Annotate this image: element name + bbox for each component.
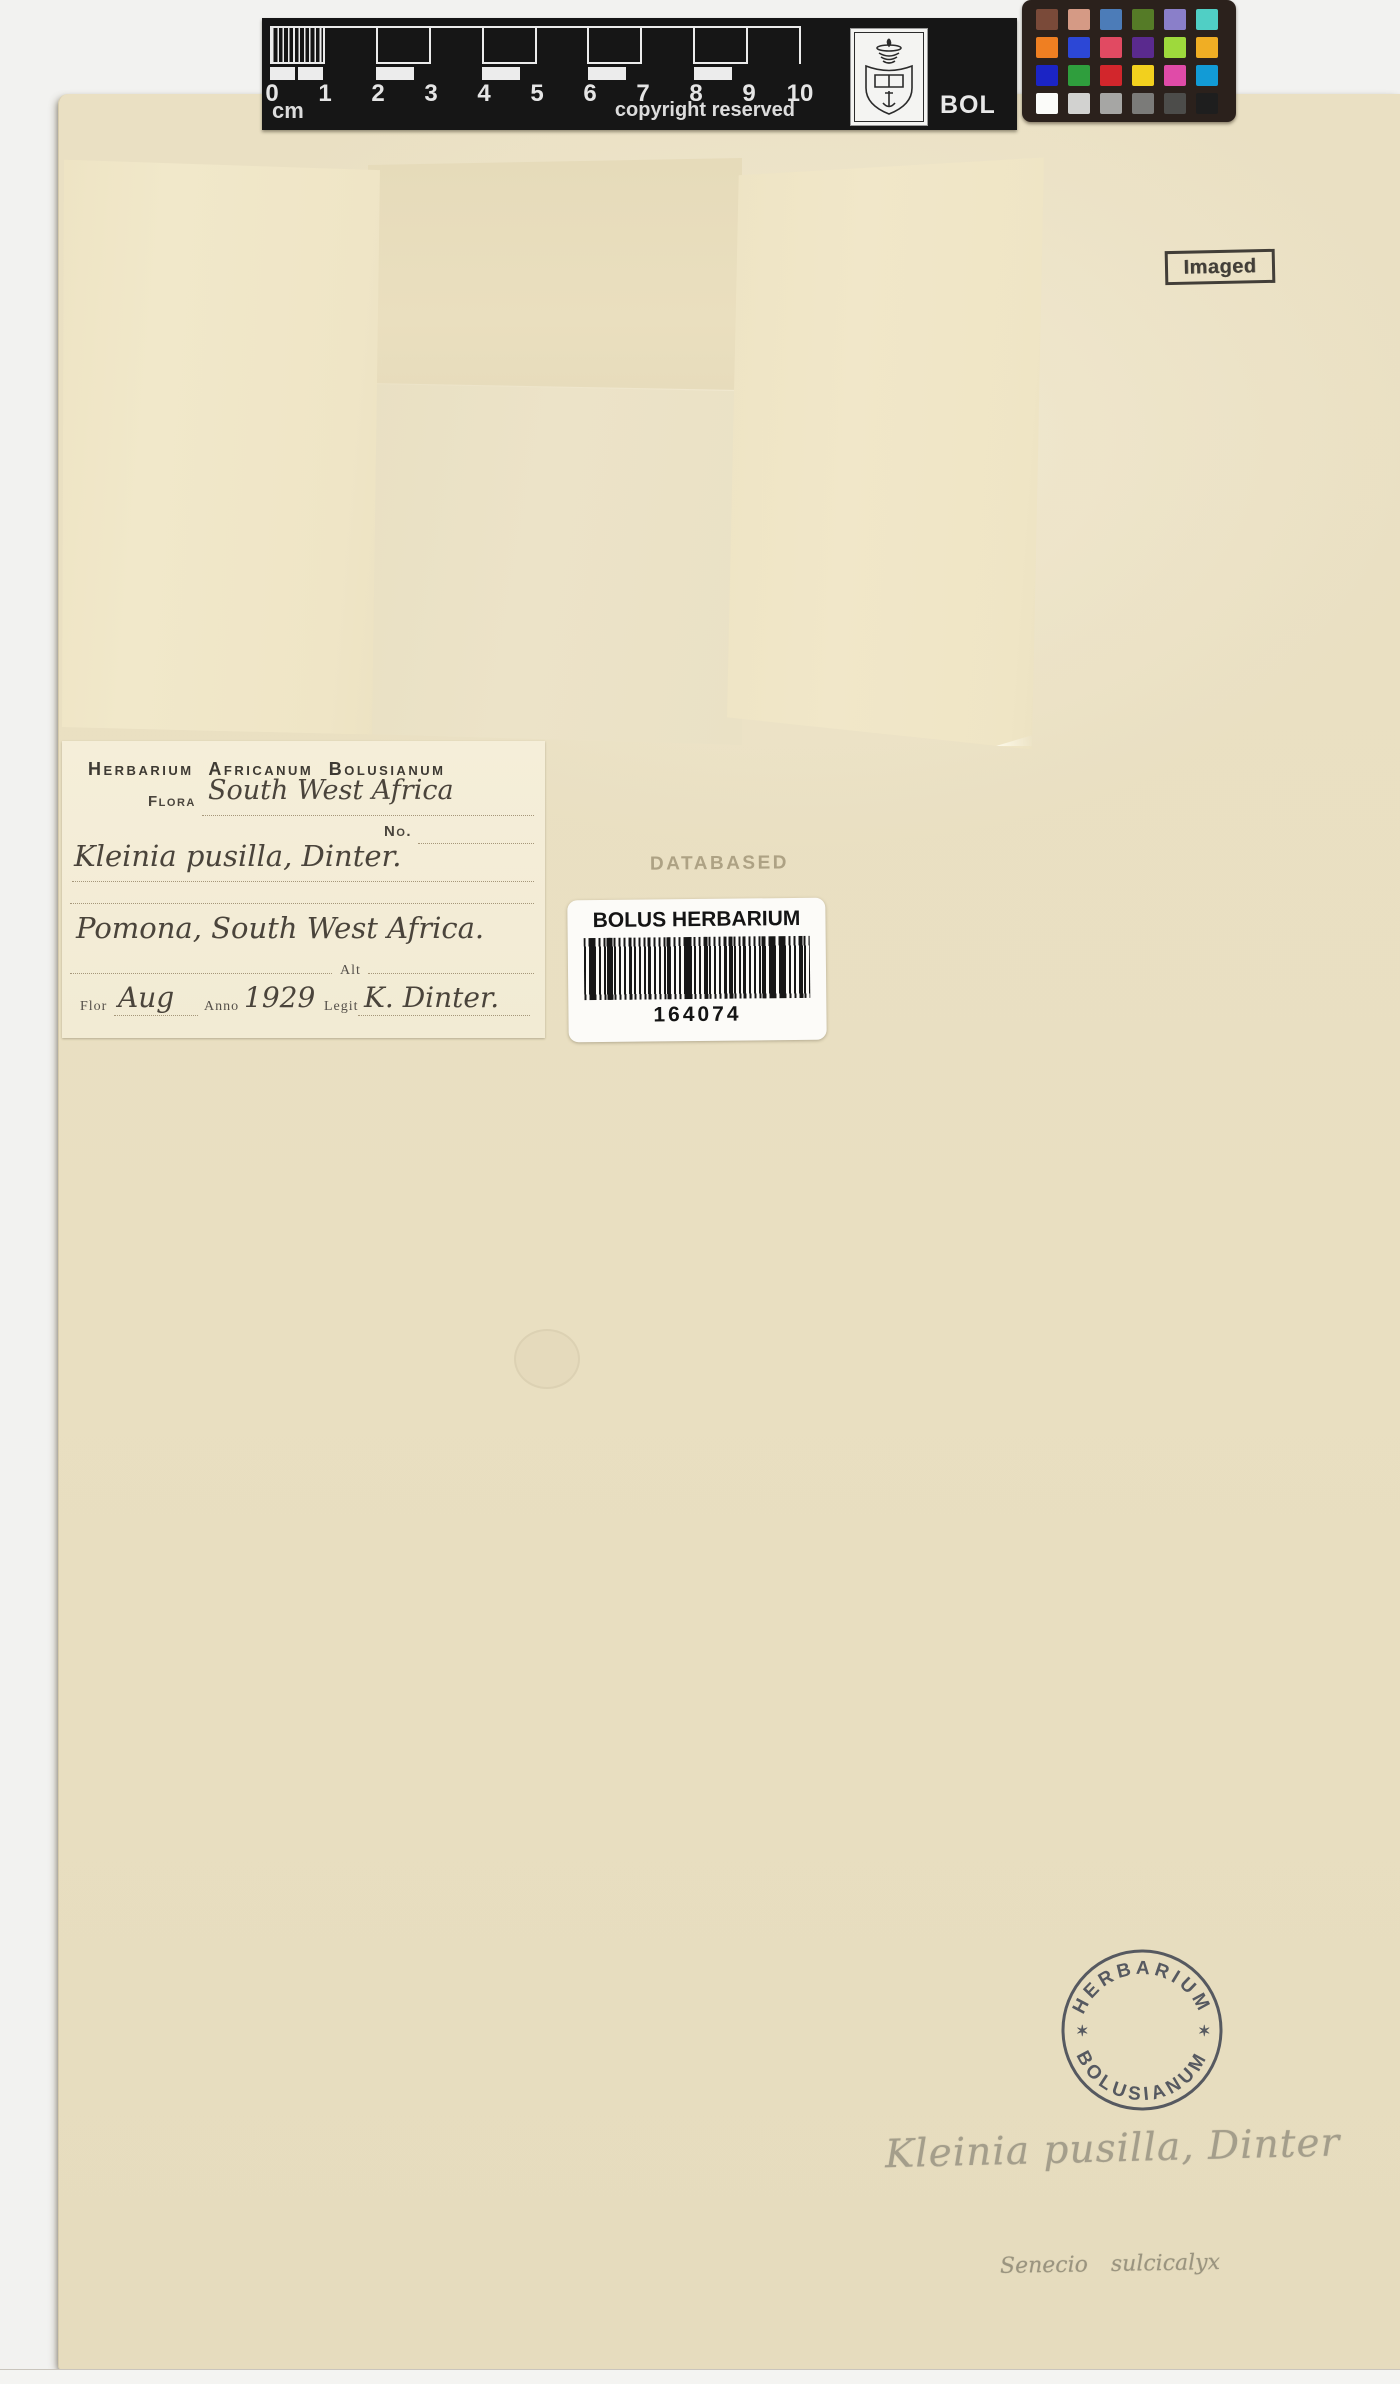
color-patch xyxy=(1164,93,1186,114)
label-no-prefix: No. xyxy=(384,823,412,840)
barcode xyxy=(584,936,811,1000)
scale-top-row xyxy=(270,26,801,64)
packet-flap-corner-fold xyxy=(996,734,1036,746)
paper-smudge xyxy=(514,1329,580,1389)
scale-cell xyxy=(429,28,482,64)
packet-top-fold xyxy=(368,158,742,390)
scale-block xyxy=(270,67,295,80)
scale-block xyxy=(376,67,414,80)
label-flor-prefix: Flor xyxy=(80,999,107,1015)
dotted-line xyxy=(114,1015,198,1016)
color-patch xyxy=(1100,65,1122,86)
crest-flame xyxy=(888,39,891,46)
scale-cell xyxy=(323,28,376,64)
scale-cell xyxy=(587,28,640,64)
scale-number: 5 xyxy=(522,80,552,108)
university-crest xyxy=(850,28,928,126)
color-patch xyxy=(1068,37,1090,58)
color-patch xyxy=(1100,37,1122,58)
imaged-stamp: Imaged xyxy=(1165,249,1276,285)
packet-left-flap xyxy=(62,155,380,737)
color-patch xyxy=(1132,9,1154,30)
dotted-line xyxy=(358,1015,530,1016)
color-patch xyxy=(1036,93,1058,114)
scale-blocks xyxy=(270,26,801,78)
label-legit-value: K. Dinter. xyxy=(364,981,499,1014)
color-patch xyxy=(1100,93,1122,114)
packet-inner-paper xyxy=(368,384,742,745)
scale-cell xyxy=(693,28,746,64)
scale-cell xyxy=(535,28,588,64)
dotted-line xyxy=(202,815,534,816)
scale-number: 4 xyxy=(469,80,499,108)
barcode-number: 164074 xyxy=(568,1002,826,1029)
collection-label: Herbarium Africanum Bolusianum Flora Sou… xyxy=(62,741,545,1038)
scale-number: 3 xyxy=(416,80,446,108)
label-taxon: Kleinia pusilla, Dinter. xyxy=(74,839,401,873)
label-anno-value: 1929 xyxy=(244,981,315,1014)
color-patch xyxy=(1036,37,1058,58)
label-legit-prefix: Legit xyxy=(324,999,359,1015)
scale-cell xyxy=(376,28,429,64)
scale-number: 2 xyxy=(363,80,393,108)
crest-lamp xyxy=(877,45,901,51)
label-anno-prefix: Anno xyxy=(204,999,239,1015)
color-patch xyxy=(1164,65,1186,86)
stamp-top-text: HERBARIUM xyxy=(1069,1958,1215,2018)
barcode-label: BOLUS HERBARIUM 164074 xyxy=(567,898,826,1043)
color-patch xyxy=(1036,9,1058,30)
color-patch xyxy=(1100,9,1122,30)
barcode-institution: BOLUS HERBARIUM xyxy=(567,907,825,934)
scale-block xyxy=(588,67,626,80)
dotted-line xyxy=(70,903,534,904)
scale-cell xyxy=(640,28,693,64)
color-patch xyxy=(1132,65,1154,86)
label-flora-value: South West Africa xyxy=(208,775,454,806)
crest-drawing xyxy=(858,35,920,119)
color-patch xyxy=(1132,37,1154,58)
color-patch xyxy=(1196,9,1218,30)
scale-block xyxy=(694,67,732,80)
institution-code: BOL xyxy=(940,91,996,120)
label-flor-value: Aug xyxy=(118,981,174,1014)
scale-block xyxy=(482,67,520,80)
color-patch xyxy=(1068,9,1090,30)
color-patch xyxy=(1164,37,1186,58)
synonym-annotation: Senecio sulcicalyx xyxy=(1000,2250,1220,2279)
color-patch xyxy=(1068,65,1090,86)
stamp-right-mark: ✶ xyxy=(1198,2023,1211,2040)
color-patch xyxy=(1164,9,1186,30)
stamp-bottom-arc-text: BOLUSIANUM xyxy=(1072,2047,1213,2105)
crest-book xyxy=(875,75,903,87)
label-alt-prefix: Alt xyxy=(340,963,361,979)
dotted-line xyxy=(418,843,534,844)
packet-right-flap xyxy=(726,155,1044,752)
databased-stamp: DATABASED xyxy=(650,852,789,875)
crest-wreath xyxy=(879,53,899,63)
color-calibration-card xyxy=(1022,0,1236,122)
scale-mm-cell xyxy=(270,28,323,64)
stamp-top-arc-text: HERBARIUM xyxy=(1069,1958,1215,2018)
herbarium-circular-stamp: HERBARIUM BOLUSIANUM ✶ ✶ xyxy=(1056,1944,1228,2116)
copyright-text: copyright reserved xyxy=(577,99,795,122)
scale-unit-label: cm xyxy=(272,98,304,124)
color-patch xyxy=(1196,65,1218,86)
scale-bottom-row xyxy=(270,67,801,80)
stamp-left-mark: ✶ xyxy=(1076,2023,1089,2040)
color-patch xyxy=(1196,37,1218,58)
dotted-line xyxy=(368,973,534,974)
scale-block xyxy=(298,67,323,80)
dotted-line xyxy=(70,973,332,974)
crest-anchor xyxy=(883,91,895,107)
color-patch xyxy=(1036,65,1058,86)
scale-cell xyxy=(746,28,801,64)
scale-number: 1 xyxy=(310,80,340,108)
scale-cell xyxy=(482,28,535,64)
dotted-line xyxy=(72,881,534,882)
label-locality: Pomona, South West Africa. xyxy=(76,911,484,945)
crest-shield xyxy=(866,66,912,114)
color-patch xyxy=(1132,93,1154,114)
color-patch xyxy=(1068,93,1090,114)
scale-bar: 0 1 2 3 4 5 6 7 8 9 10 cm copyright rese… xyxy=(262,18,1017,130)
color-patch xyxy=(1196,93,1218,114)
label-flora-prefix: Flora xyxy=(148,793,196,810)
scanner-edge xyxy=(0,2369,1400,2384)
specimen-scan: 0 1 2 3 4 5 6 7 8 9 10 cm copyright rese… xyxy=(0,0,1400,2384)
stamp-bottom-text: BOLUSIANUM xyxy=(1072,2047,1213,2105)
